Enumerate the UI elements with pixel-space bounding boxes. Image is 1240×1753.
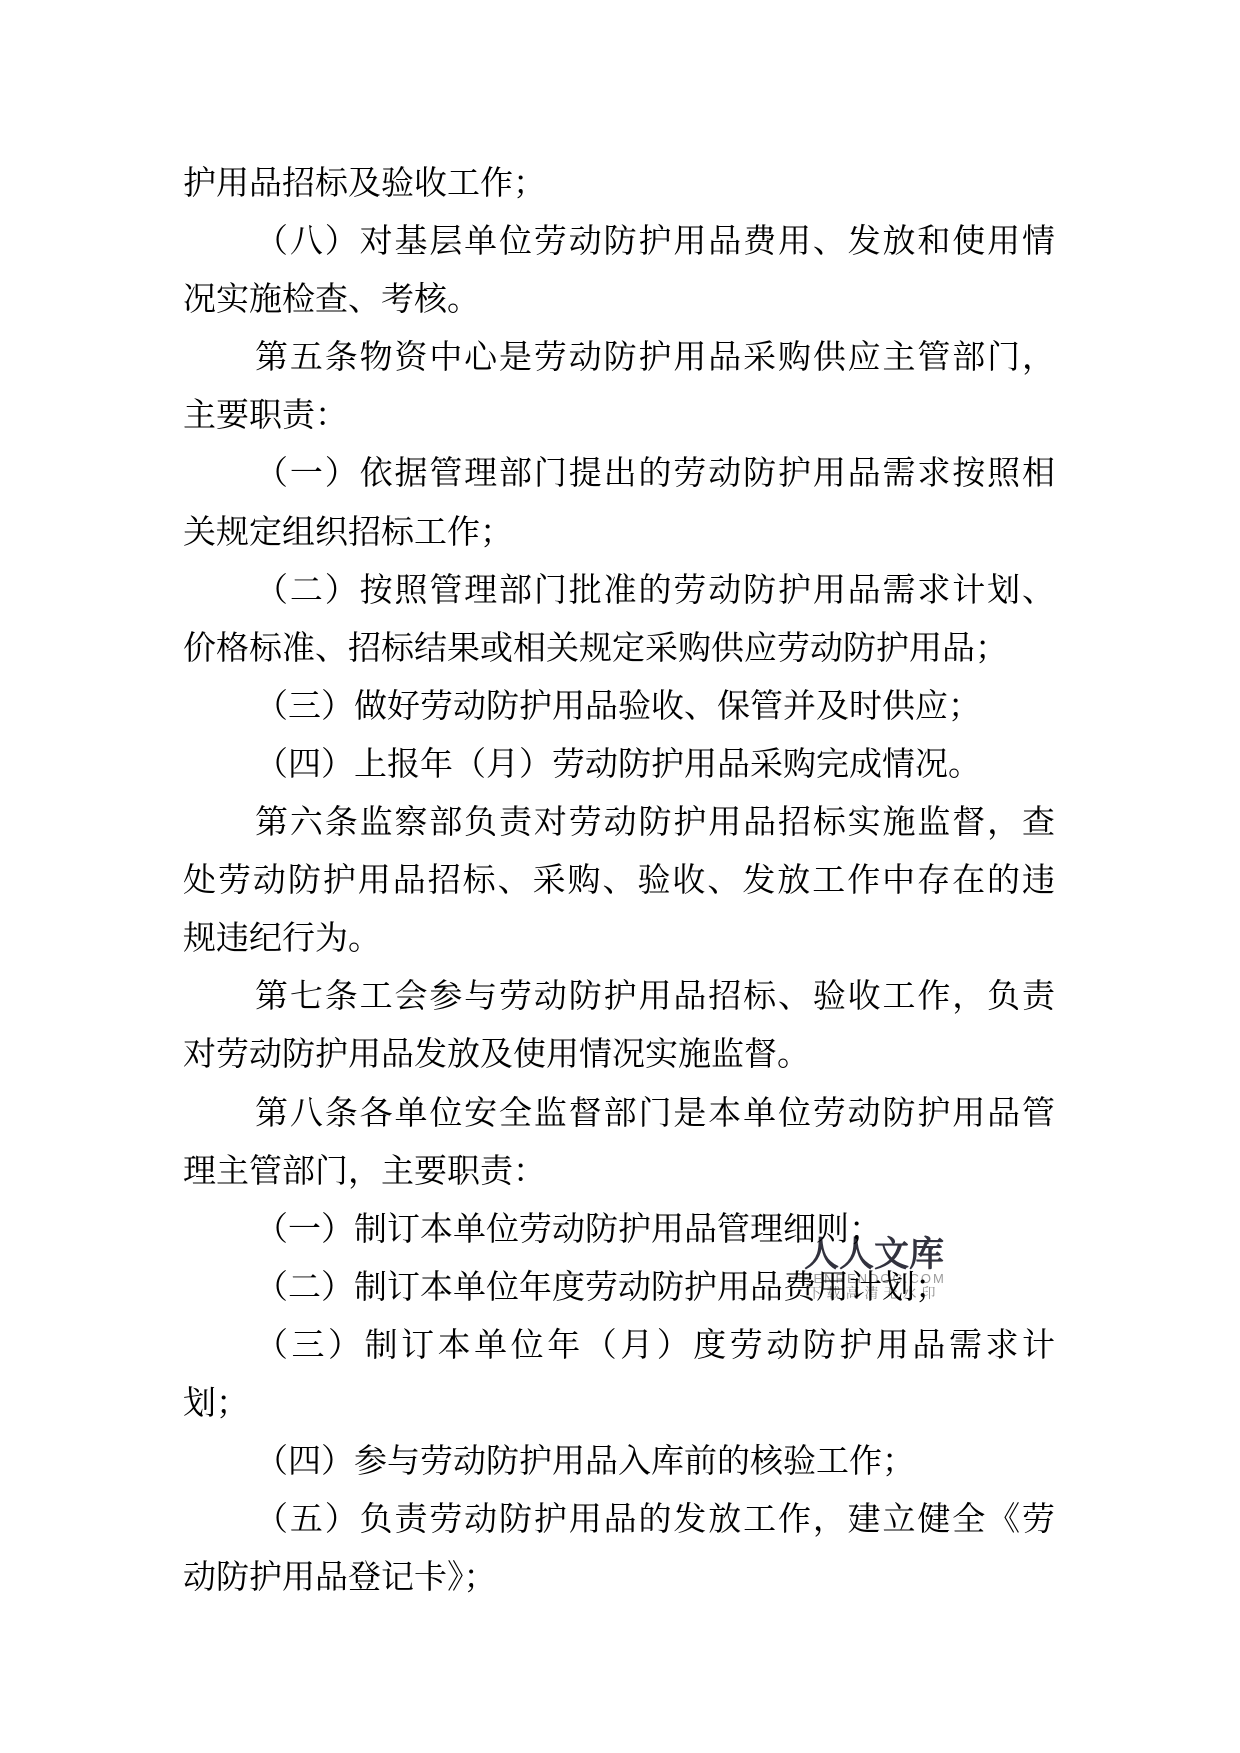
text-line: （一）依据管理部门提出的劳动防护用品需求按照相 xyxy=(183,444,1055,502)
document-page: 人人文库 RENRENDOC.COM 下载高清无水印 护用品招标及验收工作；（八… xyxy=(0,0,1240,1753)
text-line: （四）上报年（月）劳动防护用品采购完成情况。 xyxy=(183,735,1055,793)
document-body: 护用品招标及验收工作；（八）对基层单位劳动防护用品费用、发放和使用情况实施检查、… xyxy=(183,154,1055,1606)
text-line: 护用品招标及验收工作； xyxy=(183,154,1055,212)
text-line: 动防护用品登记卡》； xyxy=(183,1548,1055,1606)
text-line: 况实施检查、考核。 xyxy=(183,270,1055,328)
text-line: （四）参与劳动防护用品入库前的核验工作； xyxy=(183,1432,1055,1490)
text-line: （三）做好劳动防护用品验收、保管并及时供应； xyxy=(183,677,1055,735)
text-line: （五）负责劳动防护用品的发放工作，建立健全《劳 xyxy=(183,1490,1055,1548)
text-line: 第五条物资中心是劳动防护用品采购供应主管部门， xyxy=(183,328,1055,386)
text-line: （二）按照管理部门批准的劳动防护用品需求计划、 xyxy=(183,561,1055,619)
text-line: （八）对基层单位劳动防护用品费用、发放和使用情 xyxy=(183,212,1055,270)
text-line: 第七条工会参与劳动防护用品招标、验收工作，负责 xyxy=(183,967,1055,1025)
text-line: （二）制订本单位年度劳动防护用品费用计划； xyxy=(183,1258,1055,1316)
text-line: 处劳动防护用品招标、采购、验收、发放工作中存在的违 xyxy=(183,851,1055,909)
text-line: 对劳动防护用品发放及使用情况实施监督。 xyxy=(183,1025,1055,1083)
text-line: 第六条监察部负责对劳动防护用品招标实施监督，查 xyxy=(183,793,1055,851)
text-line: 规违纪行为。 xyxy=(183,909,1055,967)
text-line: 关规定组织招标工作； xyxy=(183,503,1055,561)
text-line: 第八条各单位安全监督部门是本单位劳动防护用品管 xyxy=(183,1084,1055,1142)
text-line: （三）制订本单位年（月）度劳动防护用品需求计 xyxy=(183,1316,1055,1374)
text-line: （一）制订本单位劳动防护用品管理细则； xyxy=(183,1200,1055,1258)
text-line: 划； xyxy=(183,1374,1055,1432)
text-line: 价格标准、招标结果或相关规定采购供应劳动防护用品； xyxy=(183,619,1055,677)
text-line: 主要职责： xyxy=(183,386,1055,444)
text-line: 理主管部门，主要职责： xyxy=(183,1142,1055,1200)
